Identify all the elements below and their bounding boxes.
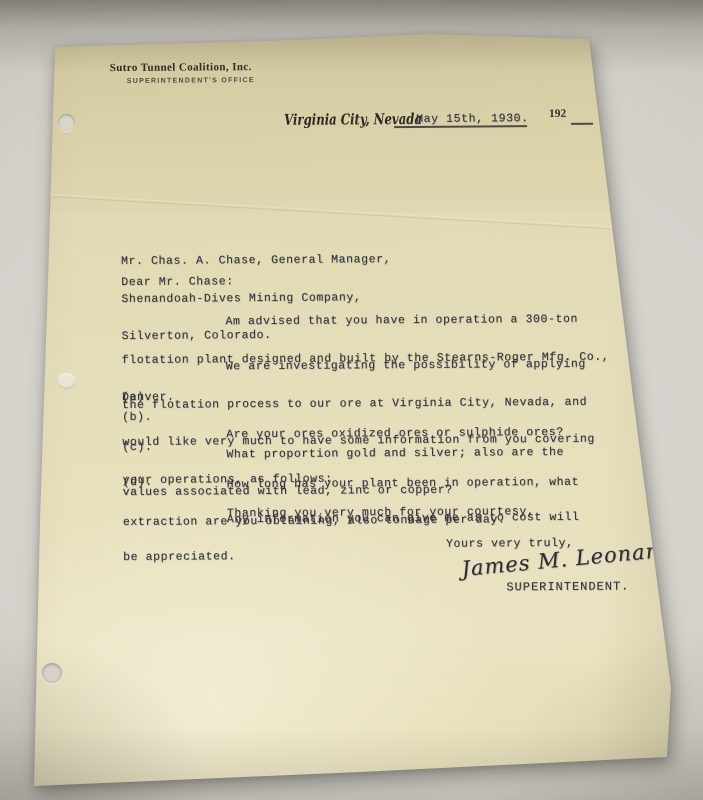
dateline-typed-date: May 15th, 1930.: [416, 113, 529, 126]
list-item-label: (b).: [122, 412, 152, 425]
year-rule: [571, 123, 593, 125]
dateline-year-printed: 192: [549, 108, 566, 120]
recipient-line: Mr. Chas. A. Chase, General Manager,: [121, 254, 391, 268]
letter-paper: Sutro Tunnel Coalition, Inc. SUPERINTEND…: [0, 0, 703, 800]
body-line: We are investigating the possibility of …: [122, 359, 595, 375]
letterhead-office: SUPERINTENDENT'S OFFICE: [127, 77, 255, 85]
letter-content: Sutro Tunnel Coalition, Inc. SUPERINTEND…: [0, 0, 703, 800]
letterhead-company: Sutro Tunnel Coalition, Inc.: [110, 61, 252, 74]
list-item-label: (d).: [123, 477, 153, 490]
paper-shadow-wrap: Sutro Tunnel Coalition, Inc. SUPERINTEND…: [0, 0, 703, 800]
body-line: Am advised that you have in operation a …: [121, 314, 609, 330]
salutation: Dear Mr. Chase:: [121, 276, 234, 289]
thanks-line: Thanking you very much for your courtesy…: [227, 506, 535, 521]
photo-background: Sutro Tunnel Coalition, Inc. SUPERINTEND…: [0, 0, 703, 800]
signer-title: SUPERINTENDENT.: [506, 580, 629, 593]
list-item-label: (c).: [122, 442, 152, 455]
list-item-label: (a).: [122, 392, 152, 405]
